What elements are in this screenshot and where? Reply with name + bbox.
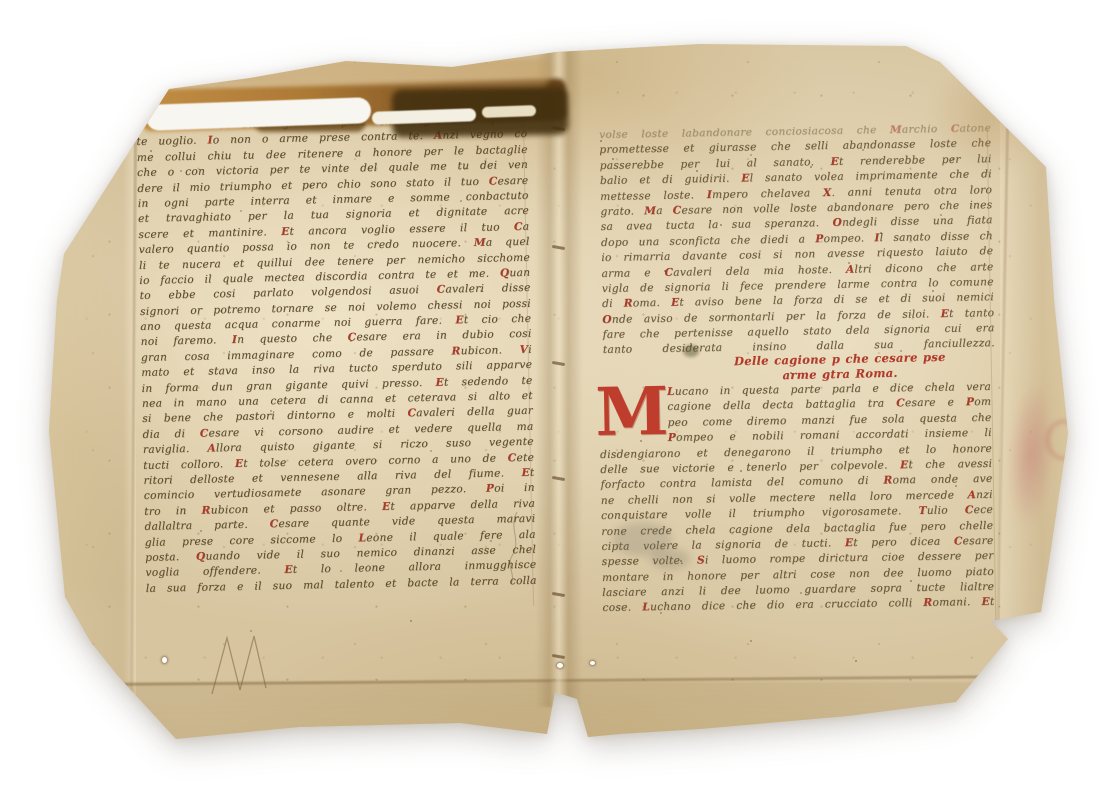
photo-background: o a Roma et disse gia me pare che vegia … [0,0,1099,800]
worm-hole [557,663,563,668]
manuscript-bifolium: o a Roma et disse gia me pare che vegia … [0,0,1099,800]
ink-speckles [150,150,152,152]
ink-speckles [600,140,602,142]
worm-hole [590,661,595,665]
worm-hole [162,657,167,663]
parchment-sheet: o a Roma et disse gia me pare che vegia … [0,0,1099,800]
rubricated-initial: M [595,382,662,447]
right-turnin-flap [1000,52,1070,627]
repair-strip [482,105,536,118]
page-right-text-lower: M Lucano in questa parte parla e dice ch… [599,380,995,617]
center-fold [536,42,582,707]
stain-top-edge [150,58,550,86]
page-right-text-upper: volse loste labandonare conciosiacosa ch… [599,121,995,359]
left-turnin-flap [44,80,136,742]
page-left-text: o a Roma et disse gia me pare che vegia … [136,112,537,597]
